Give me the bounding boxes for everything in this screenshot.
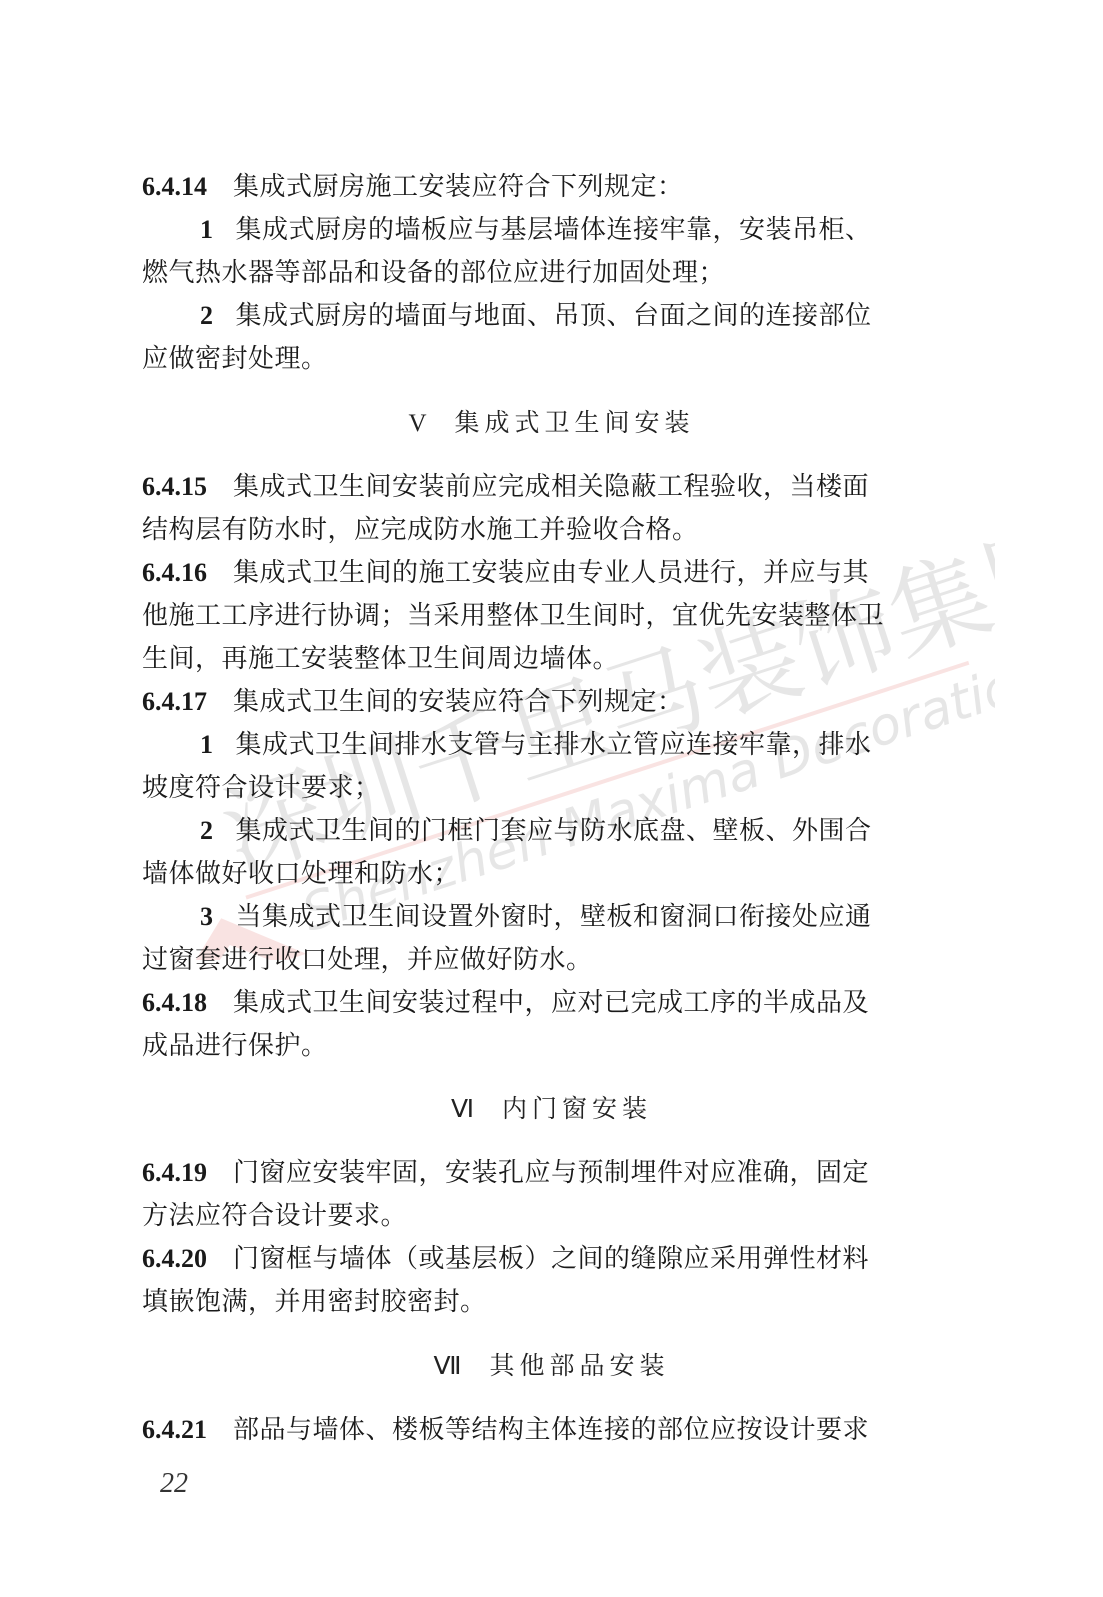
clause-6-4-14-item-1: 1集成式厨房的墙板应与基层墙体连接牢靠，安装吊柜、	[200, 213, 942, 247]
clause-text-continuation: 成品进行保护。	[142, 1029, 942, 1063]
clause-text: 集成式卫生间安装前应完成相关隐蔽工程验收，当楼面	[233, 472, 869, 502]
page-number: 22	[160, 1468, 188, 1500]
clause-6-4-17: 6.4.17集成式卫生间的安装应符合下列规定：	[142, 685, 942, 719]
clause-6-4-17-item-2: 2集成式卫生间的门框门套应与防水底盘、壁板、外围合	[200, 814, 942, 848]
clause-text-continuation: 应做密封处理。	[142, 342, 942, 376]
section-heading-vi: Ⅵ内门窗安装	[0, 1092, 1103, 1127]
clause-number: 6.4.18	[142, 988, 207, 1017]
clause-6-4-14: 6.4.14集成式厨房施工安装应符合下列规定：	[142, 170, 942, 204]
clause-text-continuation: 燃气热水器等部品和设备的部位应进行加固处理；	[142, 256, 942, 290]
clause-number: 6.4.14	[142, 172, 207, 201]
clause-6-4-14-item-2: 2集成式厨房的墙面与地面、吊顶、台面之间的连接部位	[200, 299, 942, 333]
clause-6-4-20: 6.4.20门窗框与墙体（或基层板）之间的缝隙应采用弹性材料	[142, 1242, 942, 1276]
clause-text: 部品与墙体、楼板等结构主体连接的部位应按设计要求	[233, 1415, 869, 1445]
item-number: 2	[200, 301, 214, 330]
section-roman-numeral: Ⅶ	[433, 1353, 461, 1380]
clause-text-continuation: 生间，再施工安装整体卫生间周边墙体。	[142, 642, 942, 676]
clause-number: 6.4.19	[142, 1158, 207, 1187]
item-number: 2	[200, 816, 214, 845]
clause-text-continuation: 墙体做好收口处理和防水；	[142, 857, 942, 891]
item-text: 当集成式卫生间设置外窗时，壁板和窗洞口衔接处应通	[236, 902, 872, 932]
clause-number: 6.4.17	[142, 687, 207, 716]
clause-6-4-17-item-3: 3当集成式卫生间设置外窗时，壁板和窗洞口衔接处应通	[200, 900, 942, 934]
item-number: 1	[200, 730, 214, 759]
section-title: 集成式卫生间安装	[455, 408, 695, 437]
clause-text: 集成式厨房施工安装应符合下列规定：	[233, 172, 684, 202]
section-heading-vii: Ⅶ其他部品安装	[0, 1349, 1103, 1384]
item-text: 集成式卫生间排水支管与主排水立管应连接牢靠，排水	[236, 730, 872, 760]
document-page: 深圳千里马装饰集团 Shenzhen Maxima Decoration Gro…	[0, 0, 1103, 1597]
clause-text-continuation: 方法应符合设计要求。	[142, 1199, 942, 1233]
clause-text-continuation: 他施工工序进行协调；当采用整体卫生间时，宜优先安装整体卫	[142, 599, 942, 633]
clause-text: 集成式卫生间的施工安装应由专业人员进行，并应与其	[233, 558, 869, 588]
clause-text: 门窗框与墙体（或基层板）之间的缝隙应采用弹性材料	[233, 1244, 869, 1274]
clause-6-4-21: 6.4.21部品与墙体、楼板等结构主体连接的部位应按设计要求	[142, 1413, 942, 1447]
section-title: 内门窗安装	[502, 1094, 652, 1123]
item-text: 集成式厨房的墙面与地面、吊顶、台面之间的连接部位	[236, 301, 872, 331]
clause-text: 集成式卫生间的安装应符合下列规定：	[233, 687, 684, 717]
clause-number: 6.4.20	[142, 1244, 207, 1273]
clause-6-4-18: 6.4.18集成式卫生间安装过程中，应对已完成工序的半成品及	[142, 986, 942, 1020]
clause-text-continuation: 坡度符合设计要求；	[142, 771, 942, 805]
clause-text-continuation: 结构层有防水时，应完成防水施工并验收合格。	[142, 513, 942, 547]
clause-number: 6.4.15	[142, 472, 207, 501]
clause-text-continuation: 填嵌饱满，并用密封胶密封。	[142, 1285, 942, 1319]
clause-6-4-19: 6.4.19门窗应安装牢固，安装孔应与预制埋件对应准确，固定	[142, 1156, 942, 1190]
section-heading-v: V集成式卫生间安装	[0, 406, 1103, 441]
item-text: 集成式卫生间的门框门套应与防水底盘、壁板、外围合	[236, 816, 872, 846]
section-roman-numeral: V	[408, 410, 426, 437]
item-text: 集成式厨房的墙板应与基层墙体连接牢靠，安装吊柜、	[236, 215, 872, 245]
clause-6-4-15: 6.4.15集成式卫生间安装前应完成相关隐蔽工程验收，当楼面	[142, 470, 942, 504]
section-roman-numeral: Ⅵ	[451, 1096, 474, 1123]
clause-number: 6.4.21	[142, 1415, 207, 1444]
item-number: 3	[200, 902, 214, 931]
clause-text-continuation: 过窗套进行收口处理，并应做好防水。	[142, 943, 942, 977]
clause-6-4-16: 6.4.16集成式卫生间的施工安装应由专业人员进行，并应与其	[142, 556, 942, 590]
clause-number: 6.4.16	[142, 558, 207, 587]
section-title: 其他部品安装	[489, 1351, 669, 1380]
clause-6-4-17-item-1: 1集成式卫生间排水支管与主排水立管应连接牢靠，排水	[200, 728, 942, 762]
item-number: 1	[200, 215, 214, 244]
clause-text: 集成式卫生间安装过程中，应对已完成工序的半成品及	[233, 988, 869, 1018]
clause-text: 门窗应安装牢固，安装孔应与预制埋件对应准确，固定	[233, 1158, 869, 1188]
